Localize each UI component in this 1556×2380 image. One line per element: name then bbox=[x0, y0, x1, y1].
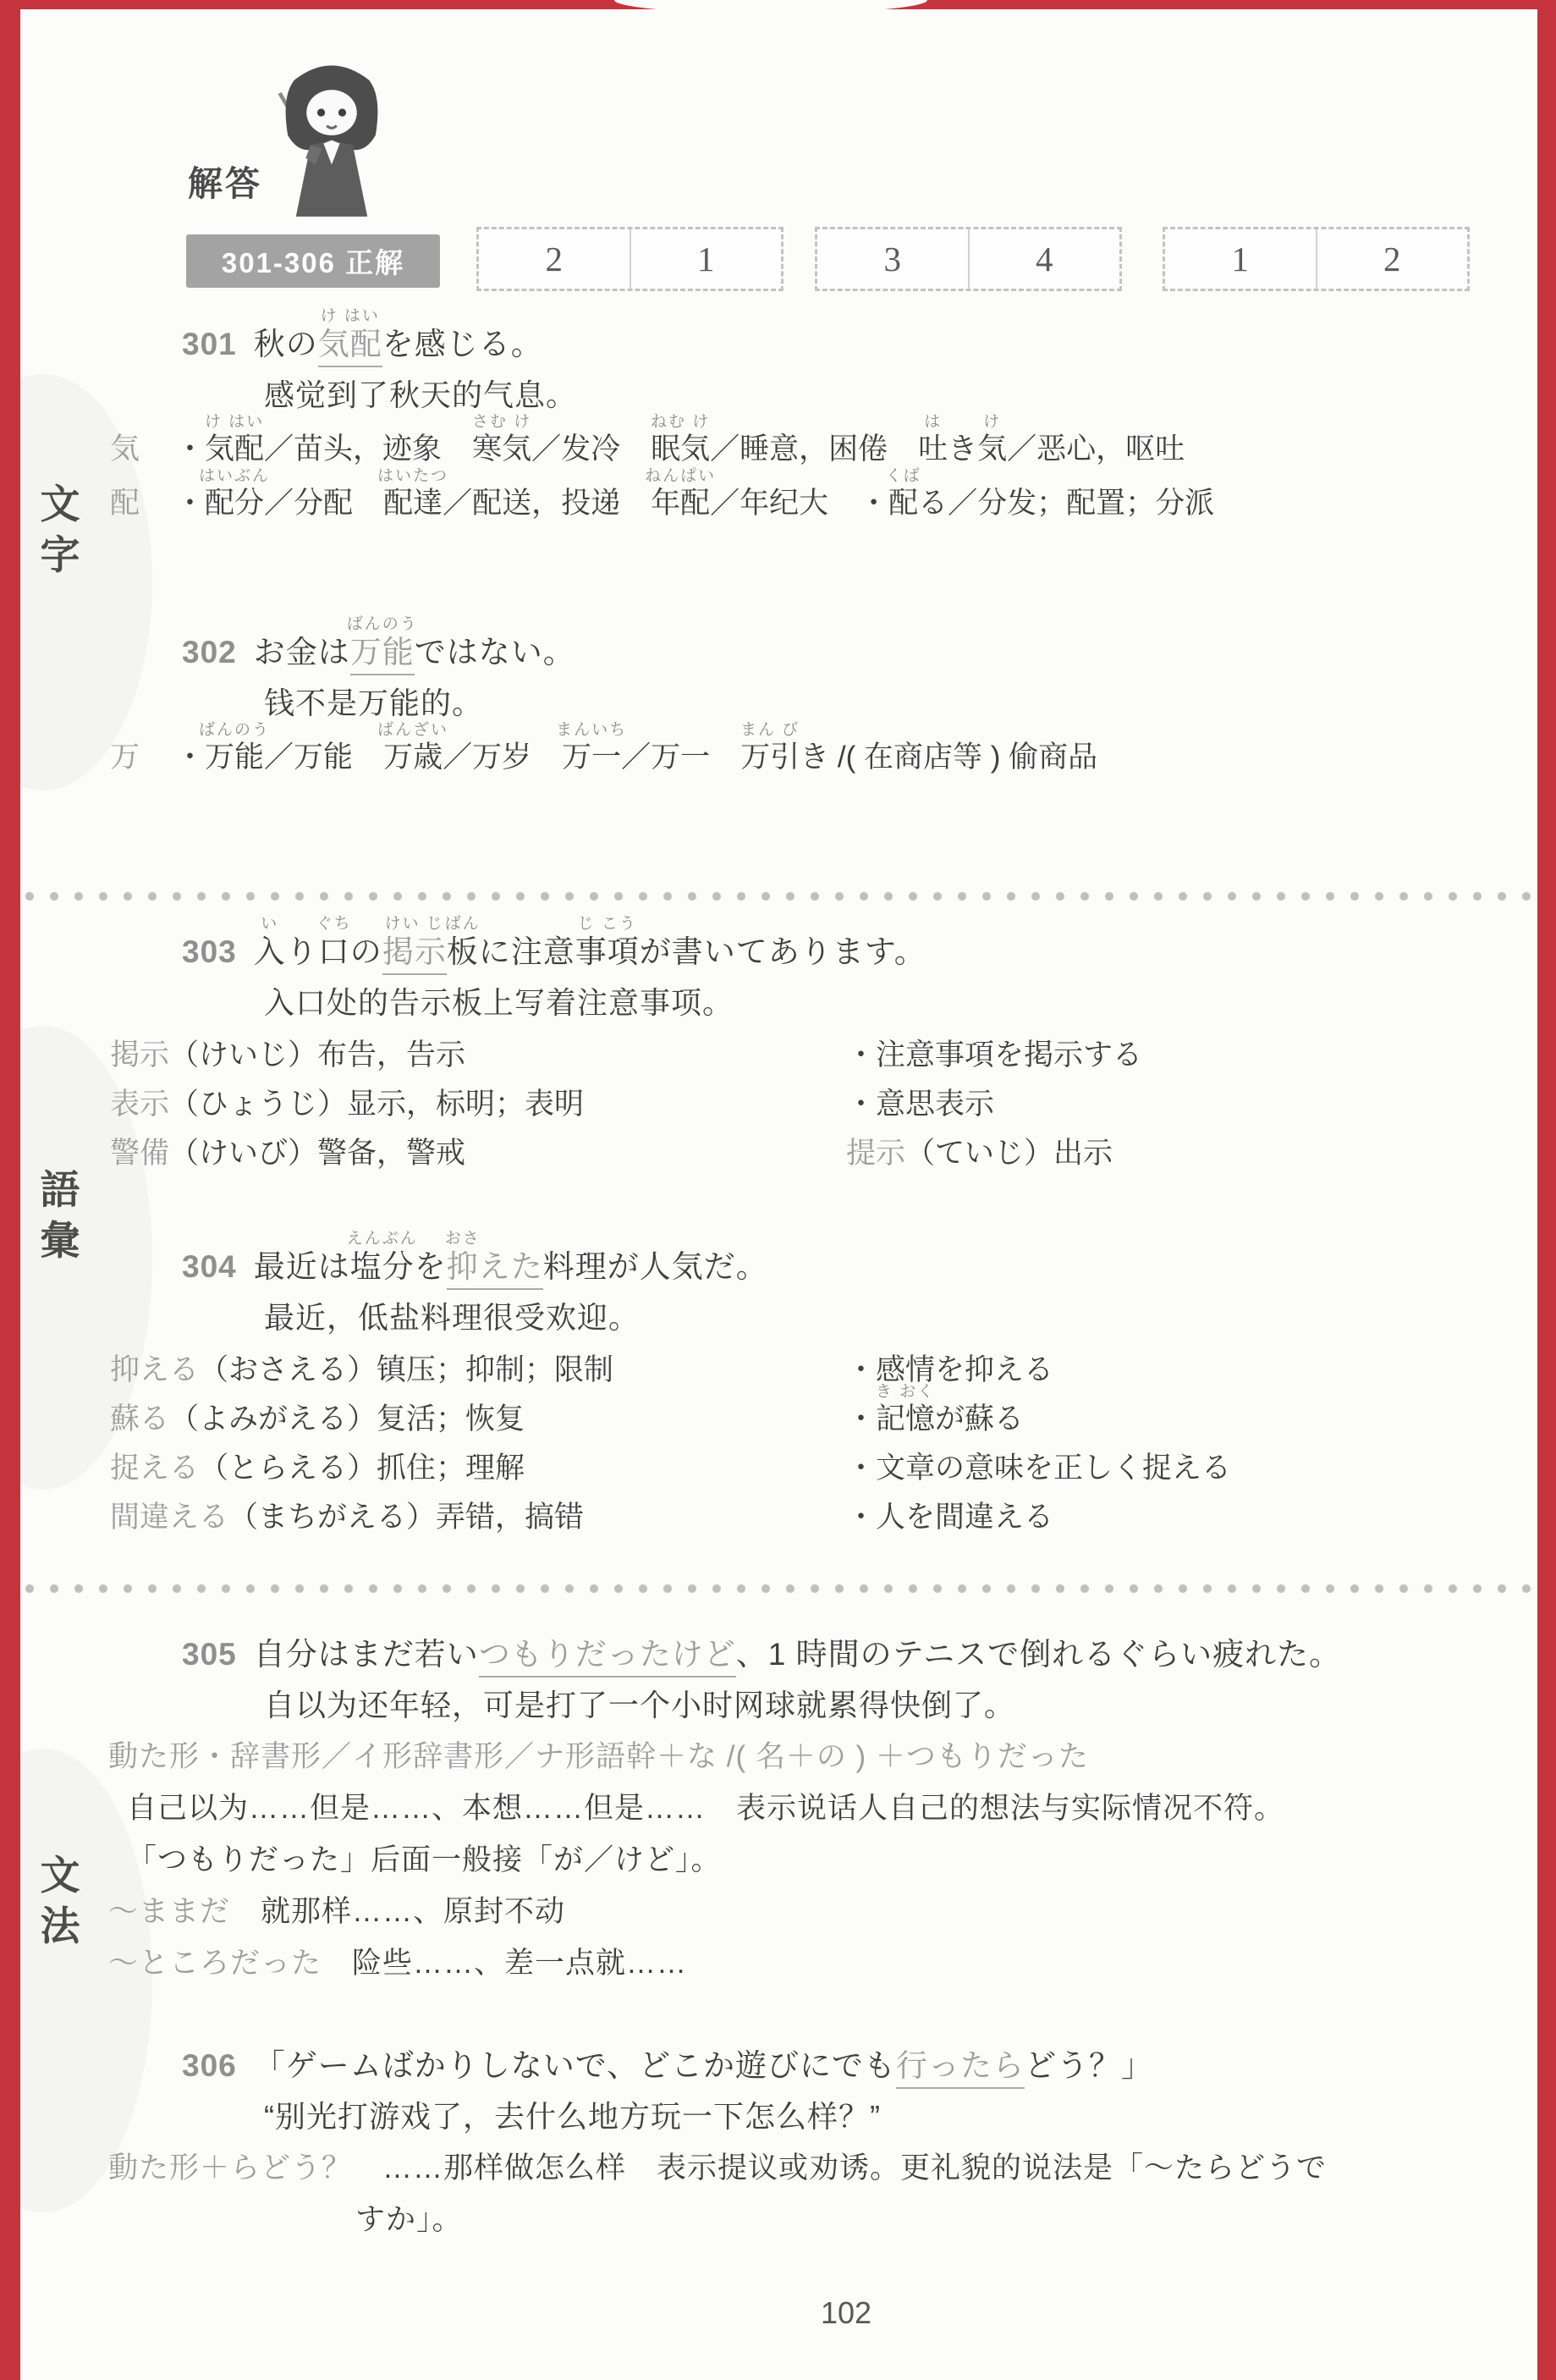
text-with-furigana: 入い bbox=[254, 934, 286, 969]
vocab-example: ・文章の意味を正しく捉える bbox=[846, 1449, 1231, 1488]
text-segment: （まちがえる）弄错，搞错 bbox=[228, 1501, 584, 1534]
text-with-furigana: 配くば bbox=[888, 487, 918, 520]
furigana: まん び bbox=[740, 722, 800, 738]
text-segment: ／万一 bbox=[621, 741, 710, 774]
text-segment: ・注意事項を掲示する bbox=[846, 1038, 1142, 1072]
kanji-headword: 万 bbox=[110, 738, 140, 777]
kanji-headword: 配 bbox=[110, 484, 140, 523]
answer-box: 12 bbox=[1163, 227, 1470, 291]
question-sentence: お金は万能ばんのうではない。 bbox=[254, 633, 575, 672]
kanji-usage-row: 気・気配け はい／苗头，迹象寒気さむ け／发冷眠気ねむ け／睡意，困倦吐はき気け… bbox=[110, 430, 1506, 469]
kanji-usage-row: 配・配分はいぶん／分配配達はいたつ／配送，投递年配ねんぱい／年纪大・配くばる／分… bbox=[110, 484, 1506, 523]
text-with-furigana: 配分はいぶん bbox=[205, 487, 264, 520]
text-segment: 自己以为……但是……、本想……但是…… 表示说话人自己的想法与实际情况不符。 bbox=[127, 1792, 1284, 1825]
grammar-note-line: 「つもりだった」后面一般接「が／けど」。 bbox=[127, 1841, 1506, 1880]
dotted-divider bbox=[24, 890, 1532, 902]
text-with-furigana: 万能ばんのう bbox=[350, 635, 415, 675]
text-segment: （とらえる）抓住；理解 bbox=[199, 1452, 525, 1485]
text-segment: ～ところだった bbox=[108, 1947, 322, 1980]
text-segment: つもりだったけど bbox=[479, 1637, 736, 1678]
text-segment: が書いてあります。 bbox=[640, 934, 926, 969]
text-segment: ・人を間違える bbox=[846, 1501, 1053, 1534]
chinese-translation: 感觉到了秋天的气息。 bbox=[264, 376, 1506, 415]
text-with-furigana: 万一まんいち bbox=[562, 741, 621, 774]
text-segment: 蘇る bbox=[110, 1402, 169, 1435]
answer-value: 2 bbox=[1316, 229, 1468, 289]
text-segment: どう？」 bbox=[1025, 2048, 1153, 2083]
text-with-furigana: 気け bbox=[977, 432, 1007, 466]
text-segment: る／分发；配置；分派 bbox=[918, 487, 1214, 520]
usage-item: ・配分はいぶん／分配 bbox=[175, 484, 353, 523]
furigana: くば bbox=[886, 468, 921, 484]
text-segment: （よみがえる）复活；恢复 bbox=[169, 1402, 525, 1435]
answer-value: 4 bbox=[968, 229, 1120, 289]
vocab-example: 提示（ていじ）出示 bbox=[846, 1134, 1113, 1173]
text-segment: ／苗头，迹象 bbox=[264, 432, 442, 466]
vocab-example: ・意思表示 bbox=[846, 1085, 994, 1124]
red-page-edge-left bbox=[0, 0, 20, 2380]
vocab-example: ・記憶き おくが蘇る bbox=[846, 1400, 1024, 1439]
vocab-row: 警備（けいび）警备，警戒提示（ていじ）出示 bbox=[110, 1134, 1506, 1173]
text-segment: を bbox=[415, 1249, 447, 1284]
furigana: はいたつ bbox=[377, 468, 448, 484]
red-page-edge-right bbox=[1537, 0, 1556, 2380]
section-body: 掲示（けいじ）布告，告示・注意事項を掲示する表示（ひょうじ）显示，标明；表明・意… bbox=[0, 1036, 1506, 1173]
usage-item: ・万能ばんのう／万能 bbox=[175, 738, 353, 777]
question-number: 301 bbox=[182, 325, 237, 364]
furigana: い bbox=[261, 916, 278, 932]
text-segment: ／分配 bbox=[264, 487, 353, 520]
furigana: ばんざい bbox=[377, 722, 448, 738]
text-with-furigana: 万歳ばんざい bbox=[383, 741, 443, 774]
text-segment: ・ bbox=[175, 432, 205, 466]
text-segment: （ひょうじ）显示，标明；表明 bbox=[169, 1088, 584, 1121]
vocab-entry: 抑える（おさえる）镇压；抑制；限制 bbox=[110, 1351, 846, 1390]
question-heading: 303 入いり口ぐちの掲示けい じ板ばんに注意事項じ こうが書いてあります。 bbox=[182, 902, 1506, 972]
answer-box: 21 bbox=[476, 227, 783, 291]
section-body: 動た形・辞書形／イ形辞書形／ナ形語幹＋な /( 名＋の ) ＋つもりだった自己以… bbox=[0, 1738, 1506, 1983]
text-segment: の bbox=[350, 934, 382, 969]
text-segment: 表示 bbox=[110, 1088, 169, 1121]
vocab-entry: 間違える（まちがえる）弄错，搞错 bbox=[110, 1498, 846, 1537]
text-segment: （ていじ）出示 bbox=[905, 1137, 1113, 1170]
text-segment: 最近は bbox=[254, 1249, 350, 1284]
furigana: け はい bbox=[205, 414, 264, 430]
text-segment: えた bbox=[479, 1249, 543, 1290]
question-heading: 304 最近は塩分えんぶんを抑おさえた料理が人気だ。 bbox=[182, 1217, 1506, 1286]
question-sentence: 最近は塩分えんぶんを抑おさえた料理が人気だ。 bbox=[254, 1248, 768, 1286]
text-segment: を感じる。 bbox=[382, 327, 543, 361]
text-segment: 動た形＋らどう？ bbox=[108, 2151, 352, 2184]
usage-item: 万歳ばんざい／万岁 bbox=[383, 738, 531, 777]
question-sentence: 「ゲームばかりしないで、どこか遊びにでも行ったらどう？」 bbox=[254, 2047, 1153, 2085]
text-segment: 掲示 bbox=[110, 1038, 169, 1072]
question-number: 306 bbox=[182, 2047, 237, 2085]
usage-item: ・配くばる／分发；配置；分派 bbox=[859, 484, 1214, 523]
text-segment: ・感情を抑える bbox=[846, 1353, 1053, 1386]
text-segment: ・意思表示 bbox=[846, 1088, 994, 1121]
answers-heading: 解答 bbox=[188, 156, 262, 206]
page-number: 102 bbox=[135, 2295, 1556, 2331]
text-with-furigana: 万引まん び bbox=[740, 741, 800, 774]
section-306: 306 「ゲームばかりしないで、どこか遊びにでも行ったらどう？」 “别光打游戏了… bbox=[0, 2016, 1506, 2240]
answer-value: 2 bbox=[479, 229, 630, 289]
text-segment: ／配送，投递 bbox=[443, 487, 620, 520]
usage-item: 年配ねんぱい／年纪大 bbox=[651, 484, 828, 523]
grammar-note-line: ～ままだ 就那样……、原封不动 bbox=[108, 1892, 1506, 1931]
text-segment: ／睡意，困倦 bbox=[710, 432, 888, 466]
section-body: 抑える（おさえる）镇压；抑制；限制・感情を抑える蘇る（よみがえる）复活；恢复・記… bbox=[0, 1351, 1506, 1537]
question-sentence: 入いり口ぐちの掲示けい じ板ばんに注意事項じ こうが書いてあります。 bbox=[254, 933, 926, 972]
text-segment: お金は bbox=[254, 635, 350, 669]
text-with-furigana: 年配ねんぱい bbox=[651, 487, 710, 520]
furigana: き おく bbox=[876, 1384, 935, 1400]
text-segment: 料理が人気だ。 bbox=[543, 1249, 768, 1284]
text-segment: ・ bbox=[175, 741, 205, 774]
vocab-row: 抑える（おさえる）镇压；抑制；限制・感情を抑える bbox=[110, 1351, 1506, 1390]
usage-item: 吐はき気け／恶心，呕吐 bbox=[918, 430, 1185, 469]
text-segment: 警備 bbox=[110, 1137, 169, 1170]
furigana: ばんのう bbox=[347, 616, 418, 632]
text-segment: 行ったら bbox=[896, 2048, 1025, 2089]
question-number: 302 bbox=[182, 633, 237, 672]
text-with-furigana: 板ばん bbox=[447, 934, 479, 969]
section-body: 動た形＋らどう？ ……那样做怎么样 表示提议或劝诱。更礼貌的说法是「～たらどうで… bbox=[0, 2149, 1506, 2240]
answer-value: 1 bbox=[1165, 229, 1316, 289]
text-with-furigana: 掲示けい じ bbox=[382, 934, 447, 975]
text-segment: き /( 在商店等 ) 偷商品 bbox=[800, 741, 1097, 774]
vocab-example: ・人を間違える bbox=[846, 1498, 1053, 1537]
vocab-entry: 警備（けいび）警备，警戒 bbox=[110, 1134, 846, 1173]
text-segment: ／发冷 bbox=[531, 432, 620, 466]
section-301: 301 秋の気配け はいを感じる。 感觉到了秋天的气息。 気・気配け はい／苗头… bbox=[0, 295, 1506, 523]
furigana: け はい bbox=[321, 308, 380, 324]
furigana: えんぶん bbox=[347, 1231, 418, 1247]
grammar-note-line: 動た形＋らどう？ ……那样做怎么样 表示提议或劝诱。更礼貌的说法是「～たらどうで bbox=[108, 2149, 1506, 2188]
usage-item: 配達はいたつ／配送，投递 bbox=[383, 484, 620, 523]
question-number: 305 bbox=[182, 1635, 237, 1674]
text-segment: 「つもりだった」后面一般接「が／けど」。 bbox=[127, 1843, 722, 1876]
page-curl-notch bbox=[614, 0, 927, 14]
furigana: ねむ け bbox=[651, 414, 710, 430]
chinese-translation: 钱不是万能的。 bbox=[264, 684, 1506, 723]
text-segment: 提示 bbox=[846, 1137, 905, 1170]
question-number: 303 bbox=[182, 933, 237, 972]
text-with-furigana: 記憶き おく bbox=[876, 1402, 935, 1435]
usage-item: 眠気ねむ け／睡意，困倦 bbox=[651, 430, 888, 469]
text-segment: （けいび）警备，警戒 bbox=[169, 1137, 465, 1170]
text-with-furigana: 気配け はい bbox=[318, 327, 382, 367]
furigana: は bbox=[924, 414, 942, 430]
text-segment: 秋の bbox=[254, 327, 318, 361]
question-heading: 301 秋の気配け はいを感じる。 bbox=[182, 295, 1506, 364]
text-segment: 「ゲームばかりしないで、どこか遊びにでも bbox=[254, 2048, 896, 2083]
grammar-note-line: 動た形・辞書形／イ形辞書形／ナ形語幹＋な /( 名＋の ) ＋つもりだった bbox=[108, 1738, 1506, 1777]
text-with-furigana: 抑おさ bbox=[447, 1249, 479, 1290]
text-segment: ／万岁 bbox=[443, 741, 531, 774]
furigana: ねんぱい bbox=[645, 468, 716, 484]
question-heading: 305 自分はまだ若いつもりだったけど、1 時間のテニスで倒れるぐらい疲れた。 bbox=[182, 1605, 1506, 1674]
text-segment: （おさえる）镇压；抑制；限制 bbox=[199, 1353, 613, 1386]
usage-item: 万一まんいち／万一 bbox=[562, 738, 710, 777]
answer-value: 1 bbox=[630, 229, 782, 289]
kanji-headword: 気 bbox=[110, 430, 140, 469]
furigana: まんいち bbox=[556, 722, 627, 738]
vocab-entry: 掲示（けいじ）布告，告示 bbox=[110, 1036, 846, 1075]
text-segment: 、1 時間のテニスで倒れるぐらい疲れた。 bbox=[736, 1637, 1341, 1672]
grammar-note-line: ～ところだった 险些……、差一点就…… bbox=[108, 1944, 1506, 1983]
text-with-furigana: 配達はいたつ bbox=[383, 487, 443, 520]
section-305: 305 自分はまだ若いつもりだったけど、1 時間のテニスで倒れるぐらい疲れた。 … bbox=[0, 1605, 1506, 1983]
teacher-girl-illustration bbox=[250, 47, 413, 220]
question-number: 304 bbox=[182, 1248, 237, 1286]
vocab-row: 捉える（とらえる）抓住；理解・文章の意味を正しく捉える bbox=[110, 1449, 1506, 1488]
text-with-furigana: 塩分えんぶん bbox=[350, 1249, 415, 1284]
section-304: 304 最近は塩分えんぶんを抑おさえた料理が人気だ。 最近，低盐料理很受欢迎。 … bbox=[0, 1217, 1506, 1537]
text-segment: ではない。 bbox=[415, 635, 575, 669]
text-segment: に注意 bbox=[479, 934, 575, 969]
section-303: 303 入いり口ぐちの掲示けい じ板ばんに注意事項じ こうが書いてあります。 入… bbox=[0, 902, 1506, 1173]
text-segment: 抑える bbox=[110, 1353, 199, 1386]
text-segment: 险些……、差一点就…… bbox=[322, 1947, 687, 1980]
text-segment: ／年纪大 bbox=[710, 487, 828, 520]
text-with-furigana: 口ぐち bbox=[318, 934, 350, 969]
text-segment: が蘇る bbox=[935, 1402, 1024, 1435]
grammar-note-line: 自己以为……但是……、本想……但是…… 表示说话人自己的想法与实际情况不符。 bbox=[127, 1789, 1506, 1828]
text-segment: ／万能 bbox=[264, 741, 353, 774]
chinese-translation: 入口处的告示板上写着注意事项。 bbox=[264, 983, 1506, 1022]
answer-key-bar: 301-306 正解 213412 bbox=[0, 227, 1556, 296]
furigana: おさ bbox=[445, 1231, 481, 1247]
text-segment: ／恶心，呕吐 bbox=[1007, 432, 1185, 466]
vocab-row: 間違える（まちがえる）弄错，搞错・人を間違える bbox=[110, 1498, 1506, 1537]
section-302: 302 お金は万能ばんのうではない。 钱不是万能的。 万・万能ばんのう／万能万歳… bbox=[0, 603, 1506, 777]
usage-item: 万引まん びき /( 在商店等 ) 偷商品 bbox=[740, 738, 1097, 777]
vocab-example: ・注意事項を掲示する bbox=[846, 1036, 1142, 1075]
text-segment: ～ままだ bbox=[108, 1895, 230, 1928]
usage-item: 寒気さむ け／发冷 bbox=[472, 430, 620, 469]
text-segment: 動た形・辞書形／イ形辞書形／ナ形語幹＋な /( 名＋の ) ＋つもりだった bbox=[108, 1740, 1089, 1773]
dotted-divider bbox=[24, 1583, 1532, 1595]
text-segment: ・ bbox=[846, 1402, 876, 1435]
question-sentence: 秋の気配け はいを感じる。 bbox=[254, 325, 543, 364]
grammar-note-line: すか」。 bbox=[355, 2201, 1506, 2240]
chinese-translation: “别光打游戏了，去什么地方玩一下怎么样？” bbox=[264, 2097, 1506, 2136]
text-segment: ・文章の意味を正しく捉える bbox=[846, 1452, 1231, 1485]
text-segment: すか」。 bbox=[355, 2203, 463, 2236]
vocab-row: 掲示（けいじ）布告，告示・注意事項を掲示する bbox=[110, 1036, 1506, 1075]
text-with-furigana: 万能ばんのう bbox=[205, 741, 264, 774]
text-with-furigana: 寒気さむ け bbox=[472, 432, 531, 466]
furigana: さむ け bbox=[472, 414, 531, 430]
text-segment: き bbox=[948, 432, 977, 466]
section-body: 気・気配け はい／苗头，迹象寒気さむ け／发冷眠気ねむ け／睡意，困倦吐はき気け… bbox=[0, 430, 1506, 523]
vocab-entry: 捉える（とらえる）抓住；理解 bbox=[110, 1449, 846, 1488]
text-with-furigana: 事項じ こう bbox=[575, 934, 640, 969]
text-segment: （けいじ）布告，告示 bbox=[169, 1038, 465, 1072]
text-with-furigana: 眠気ねむ け bbox=[651, 432, 710, 466]
furigana: ばんのう bbox=[199, 722, 270, 738]
answer-value: 3 bbox=[817, 229, 968, 289]
text-segment: ・ bbox=[859, 487, 888, 520]
vocab-entry: 表示（ひょうじ）显示，标明；表明 bbox=[110, 1085, 846, 1124]
text-segment: ……那样做怎么样 表示提议或劝诱。更礼貌的说法是「～たらどうで bbox=[352, 2151, 1327, 2184]
furigana: ばん bbox=[445, 916, 481, 932]
furigana: け bbox=[983, 414, 1001, 430]
text-segment: ・ bbox=[175, 487, 205, 520]
text-with-furigana: 吐は bbox=[918, 432, 948, 466]
question-sentence: 自分はまだ若いつもりだったけど、1 時間のテニスで倒れるぐらい疲れた。 bbox=[254, 1635, 1341, 1674]
question-heading: 306 「ゲームばかりしないで、どこか遊びにでも行ったらどう？」 bbox=[182, 2016, 1506, 2085]
furigana: じ こう bbox=[578, 916, 637, 932]
furigana: はいぶん bbox=[199, 468, 270, 484]
text-segment: 間違える bbox=[110, 1501, 228, 1534]
kanji-usage-row: 万・万能ばんのう／万能万歳ばんざい／万岁万一まんいち／万一万引まん びき /( … bbox=[110, 738, 1506, 777]
question-heading: 302 お金は万能ばんのうではない。 bbox=[182, 603, 1506, 672]
text-segment: り bbox=[286, 934, 318, 969]
chinese-translation: 最近，低盐料理很受欢迎。 bbox=[264, 1298, 1506, 1337]
text-with-furigana: 気配け はい bbox=[205, 432, 264, 466]
chinese-translation: 自以为还年轻，可是打了一个小时网球就累得快倒了。 bbox=[264, 1686, 1506, 1725]
vocab-entry: 蘇る（よみがえる）复活；恢复 bbox=[110, 1400, 846, 1439]
text-segment: 捉える bbox=[110, 1452, 199, 1485]
furigana: けい じ bbox=[385, 916, 444, 932]
usage-item: ・気配け はい／苗头，迹象 bbox=[175, 430, 442, 469]
vocab-row: 表示（ひょうじ）显示，标明；表明・意思表示 bbox=[110, 1085, 1506, 1124]
section-body: 万・万能ばんのう／万能万歳ばんざい／万岁万一まんいち／万一万引まん びき /( … bbox=[0, 738, 1506, 777]
answer-box: 34 bbox=[815, 227, 1122, 291]
text-segment: 就那样……、原封不动 bbox=[230, 1895, 565, 1928]
vocab-row: 蘇る（よみがえる）复活；恢复・記憶き おくが蘇る bbox=[110, 1400, 1506, 1439]
answer-range-badge: 301-306 正解 bbox=[186, 234, 440, 288]
text-segment: 自分はまだ若い bbox=[254, 1637, 479, 1672]
furigana: ぐち bbox=[316, 916, 352, 932]
